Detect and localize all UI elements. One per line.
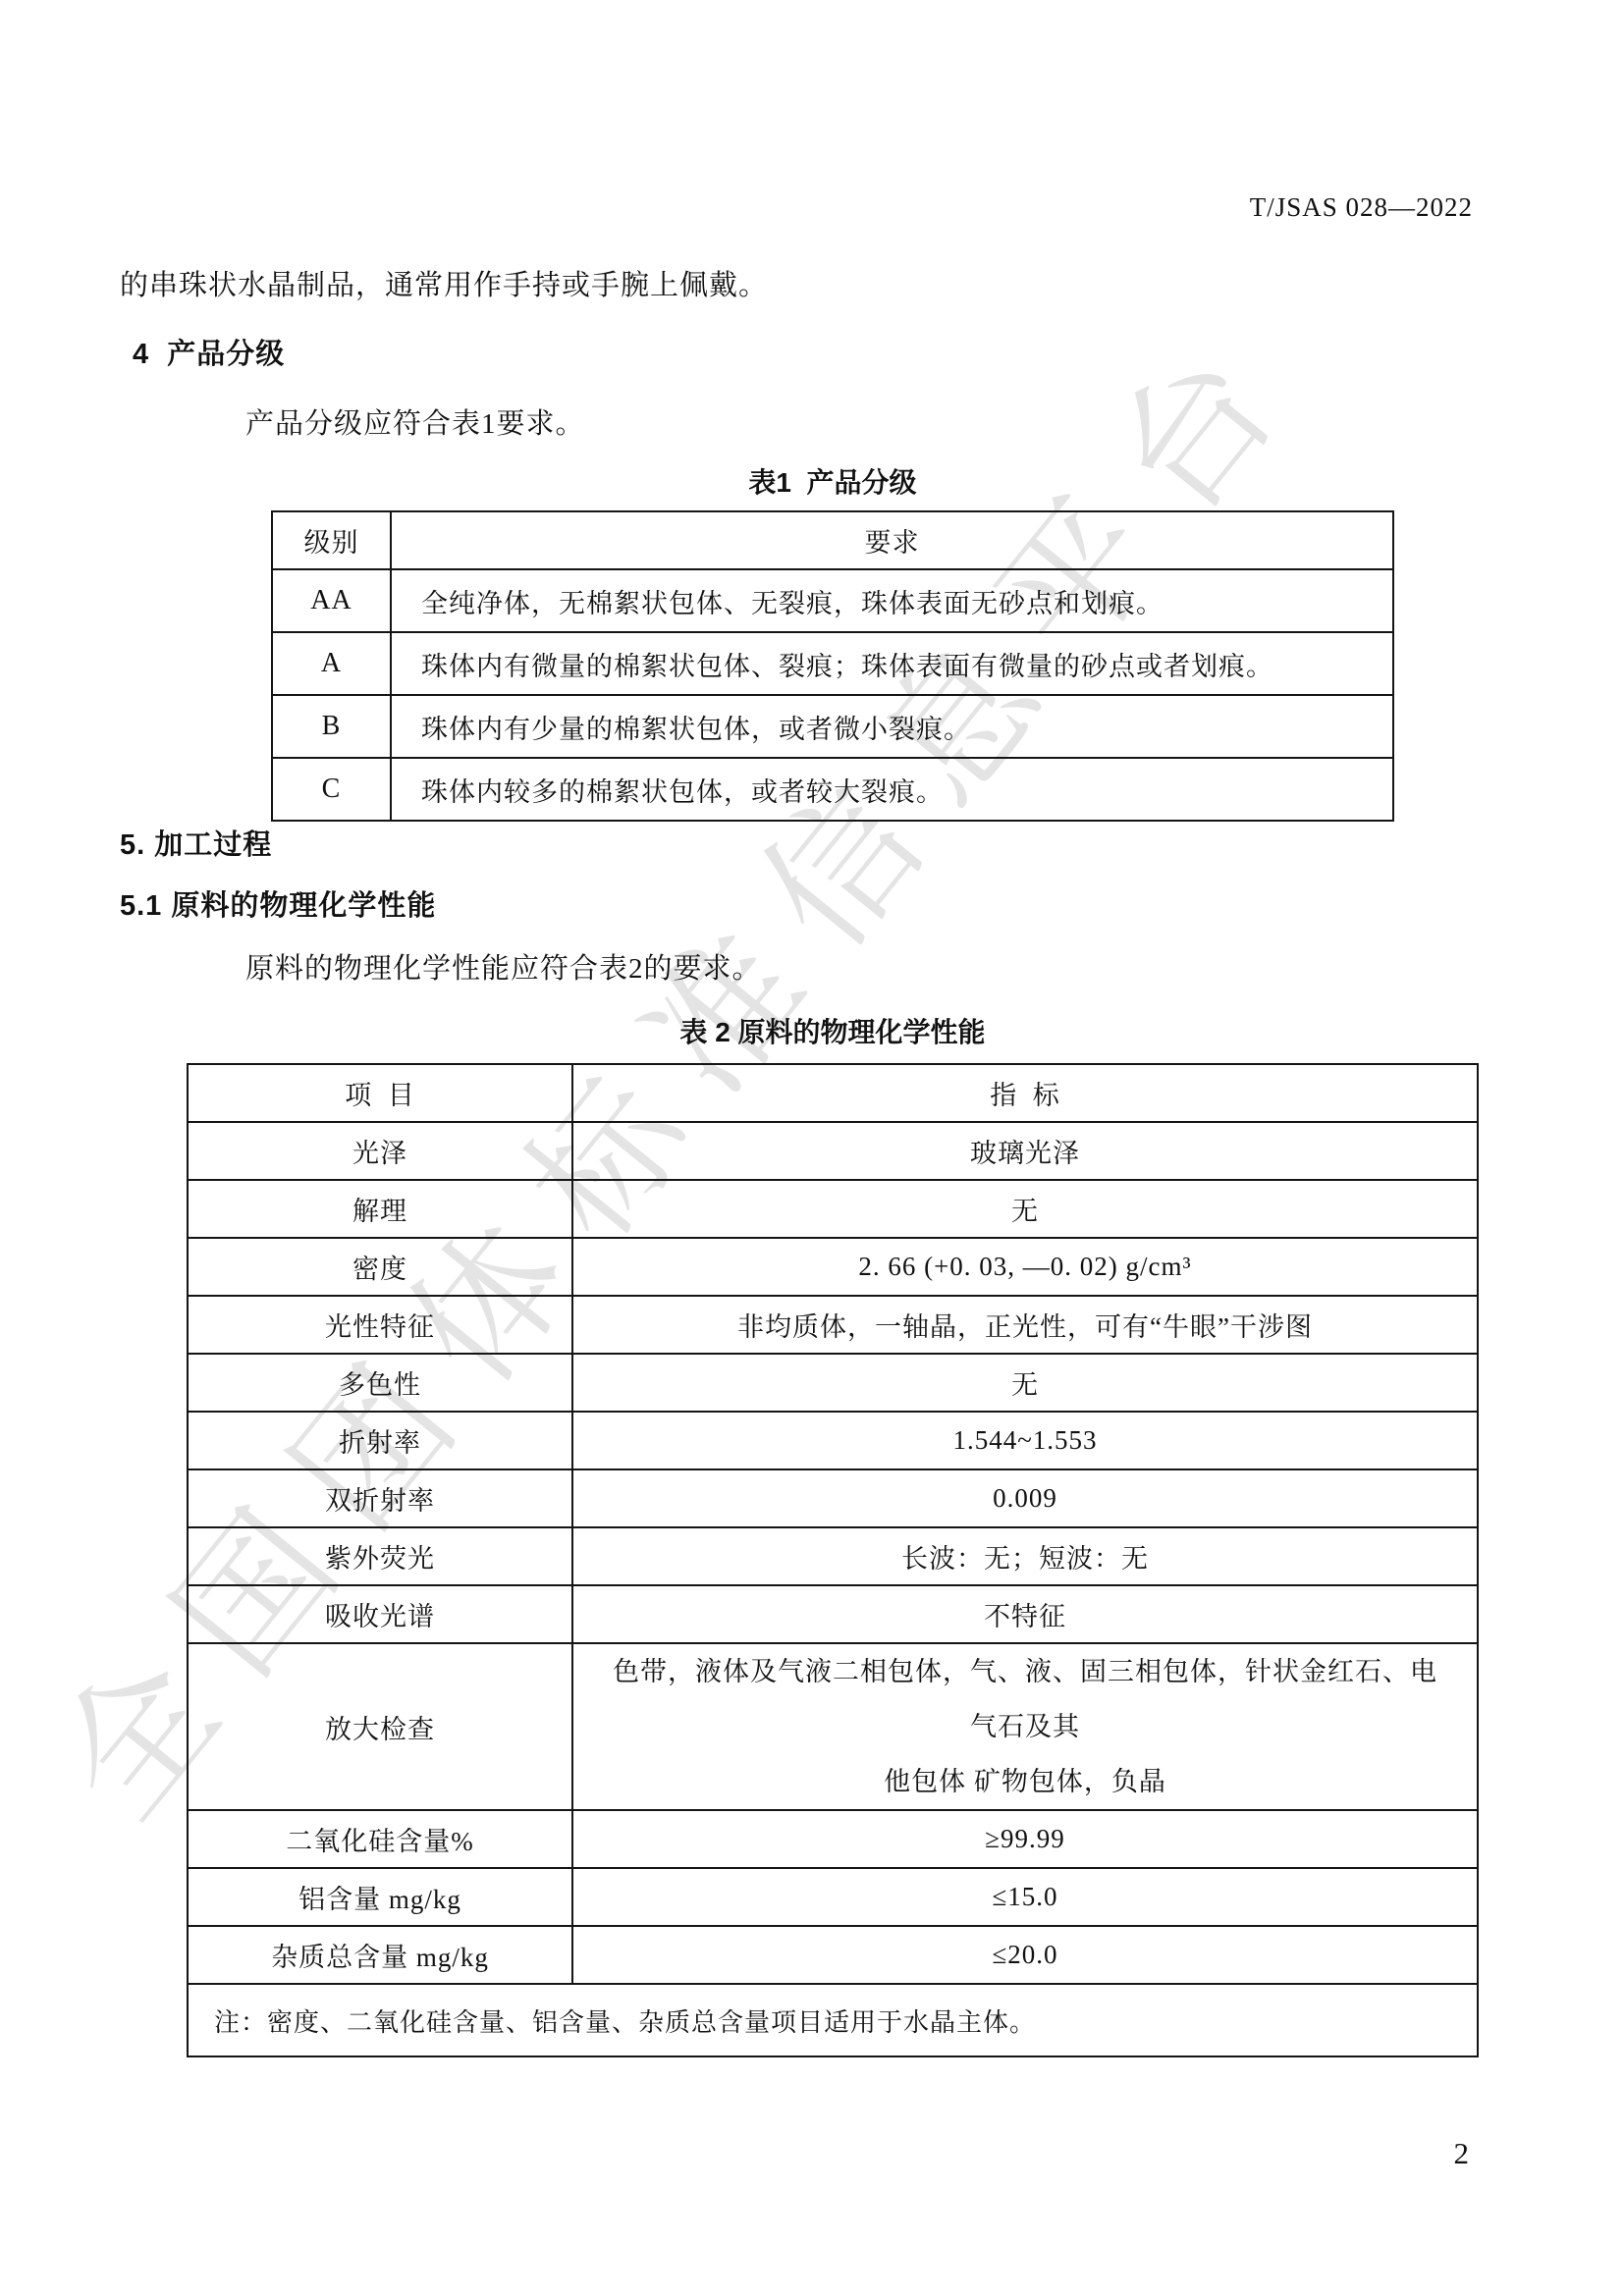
table1-header-grade: 级别	[272, 511, 391, 569]
table2-row-refractive-index: 折射率 1.544~1.553	[188, 1412, 1478, 1469]
table2-row-density: 密度 2. 66 (+0. 03, —0. 02) g/cm³	[188, 1238, 1478, 1296]
table2-row-birefringence: 双折射率 0.009	[188, 1469, 1478, 1527]
item-cell: 铝含量 mg/kg	[188, 1868, 572, 1926]
value-cell: 非均质体，一轴晶，正光性，可有“牛眼”干涉图	[572, 1296, 1478, 1354]
item-cell: 多色性	[188, 1354, 572, 1412]
item-cell: 吸收光谱	[188, 1585, 572, 1643]
section-5-1-heading: 5.1 原料的物理化学性能	[120, 883, 436, 924]
value-cell: 无	[572, 1354, 1478, 1412]
table2-header-spec: 指 标	[572, 1064, 1478, 1122]
item-cell: 双折射率	[188, 1469, 572, 1527]
item-cell: 光性特征	[188, 1296, 572, 1354]
page-number: 2	[1454, 2136, 1470, 2171]
value-cell: ≤15.0	[572, 1868, 1478, 1926]
item-cell: 紫外荧光	[188, 1527, 572, 1585]
table2-note: 注：密度、二氧化硅含量、铝含量、杂质总含量项目适用于水晶主体。	[188, 1984, 1478, 2056]
requirement-cell: 珠体内较多的棉絮状包体，或者较大裂痕。	[391, 758, 1393, 821]
table2-row-magnification-check: 放大检查 色带，液体及气液二相包体，气、液、固三相包体，针状金红石、电气石及其 …	[188, 1643, 1478, 1810]
value-cell: 1.544~1.553	[572, 1412, 1478, 1469]
intro-paragraph: 的串珠状水晶制品，通常用作手持或手腕上佩戴。	[120, 263, 768, 303]
table1-row-aa: AA 全纯净体，无棉絮状包体、无裂痕，珠体表面无砂点和划痕。	[272, 569, 1393, 632]
item-cell: 密度	[188, 1238, 572, 1296]
table2-row-silica-content: 二氧化硅含量% ≥99.99	[188, 1810, 1478, 1868]
value-cell: 玻璃光泽	[572, 1122, 1478, 1180]
item-cell: 折射率	[188, 1412, 572, 1469]
value-cell: 无	[572, 1180, 1478, 1238]
value-cell: 0.009	[572, 1469, 1478, 1527]
table2-physical-chemical-properties: 项 目 指 标 光泽 玻璃光泽 解理 无 密度 2. 66 (+0. 03, —…	[187, 1063, 1479, 2057]
value-cell: 2. 66 (+0. 03, —0. 02) g/cm³	[572, 1238, 1478, 1296]
table1-row-b: B 珠体内有少量的棉絮状包体，或者微小裂痕。	[272, 695, 1393, 758]
table1-row-c: C 珠体内较多的棉絮状包体，或者较大裂痕。	[272, 758, 1393, 821]
section-5-1-paragraph: 原料的物理化学性能应符合表2的要求。	[245, 946, 762, 987]
item-cell: 解理	[188, 1180, 572, 1238]
value-cell: ≤20.0	[572, 1926, 1478, 1984]
table1-header-row: 级别 要求	[272, 511, 1393, 569]
requirement-cell: 珠体内有微量的棉絮状包体、裂痕；珠体表面有微量的砂点或者划痕。	[391, 632, 1393, 695]
grade-cell: C	[272, 758, 391, 821]
value-cell: ≥99.99	[572, 1810, 1478, 1868]
item-cell: 光泽	[188, 1122, 572, 1180]
table2-caption: 表 2 原料的物理化学性能	[187, 1011, 1479, 1050]
document-page: 全国团体标准信息平台 T/JSAS 028—2022 的串珠状水晶制品，通常用作…	[0, 0, 1624, 2296]
requirement-cell: 珠体内有少量的棉絮状包体，或者微小裂痕。	[391, 695, 1393, 758]
item-cell: 放大检查	[188, 1643, 572, 1810]
value-cell: 长波：无；短波：无	[572, 1527, 1478, 1585]
item-cell: 杂质总含量 mg/kg	[188, 1926, 572, 1984]
table2-note-row: 注：密度、二氧化硅含量、铝含量、杂质总含量项目适用于水晶主体。	[188, 1984, 1478, 2056]
table2-header-row: 项 目 指 标	[188, 1064, 1478, 1122]
table2-row-pleochroism: 多色性 无	[188, 1354, 1478, 1412]
value-cell: 不特征	[572, 1585, 1478, 1643]
grade-cell: B	[272, 695, 391, 758]
grade-cell: A	[272, 632, 391, 695]
item-cell: 二氧化硅含量%	[188, 1810, 572, 1868]
requirement-cell: 全纯净体，无棉絮状包体、无裂痕，珠体表面无砂点和划痕。	[391, 569, 1393, 632]
standard-code-header: T/JSAS 028—2022	[1250, 192, 1473, 223]
section-4-paragraph: 产品分级应符合表1要求。	[245, 401, 585, 442]
section-4-heading: 4 产品分级	[133, 332, 285, 372]
table2-row-absorption-spectrum: 吸收光谱 不特征	[188, 1585, 1478, 1643]
table2-header-item: 项 目	[188, 1064, 572, 1122]
table2-row-uv-fluorescence: 紫外荧光 长波：无；短波：无	[188, 1527, 1478, 1585]
table2-row-cleavage: 解理 无	[188, 1180, 1478, 1238]
table1-caption: 表1 产品分级	[271, 461, 1394, 501]
table2-row-luster: 光泽 玻璃光泽	[188, 1122, 1478, 1180]
table1-product-grading: 级别 要求 AA 全纯净体，无棉絮状包体、无裂痕，珠体表面无砂点和划痕。 A 珠…	[271, 510, 1394, 822]
table1-row-a: A 珠体内有微量的棉絮状包体、裂痕；珠体表面有微量的砂点或者划痕。	[272, 632, 1393, 695]
section-5-heading: 5. 加工过程	[120, 823, 272, 863]
table2-row-aluminium-content: 铝含量 mg/kg ≤15.0	[188, 1868, 1478, 1926]
grade-cell: AA	[272, 569, 391, 632]
value-cell: 色带，液体及气液二相包体，气、液、固三相包体，针状金红石、电气石及其 他包体 矿…	[572, 1643, 1478, 1810]
table2-row-optic-character: 光性特征 非均质体，一轴晶，正光性，可有“牛眼”干涉图	[188, 1296, 1478, 1354]
table2-row-total-impurities: 杂质总含量 mg/kg ≤20.0	[188, 1926, 1478, 1984]
table1-header-requirement: 要求	[391, 511, 1393, 569]
